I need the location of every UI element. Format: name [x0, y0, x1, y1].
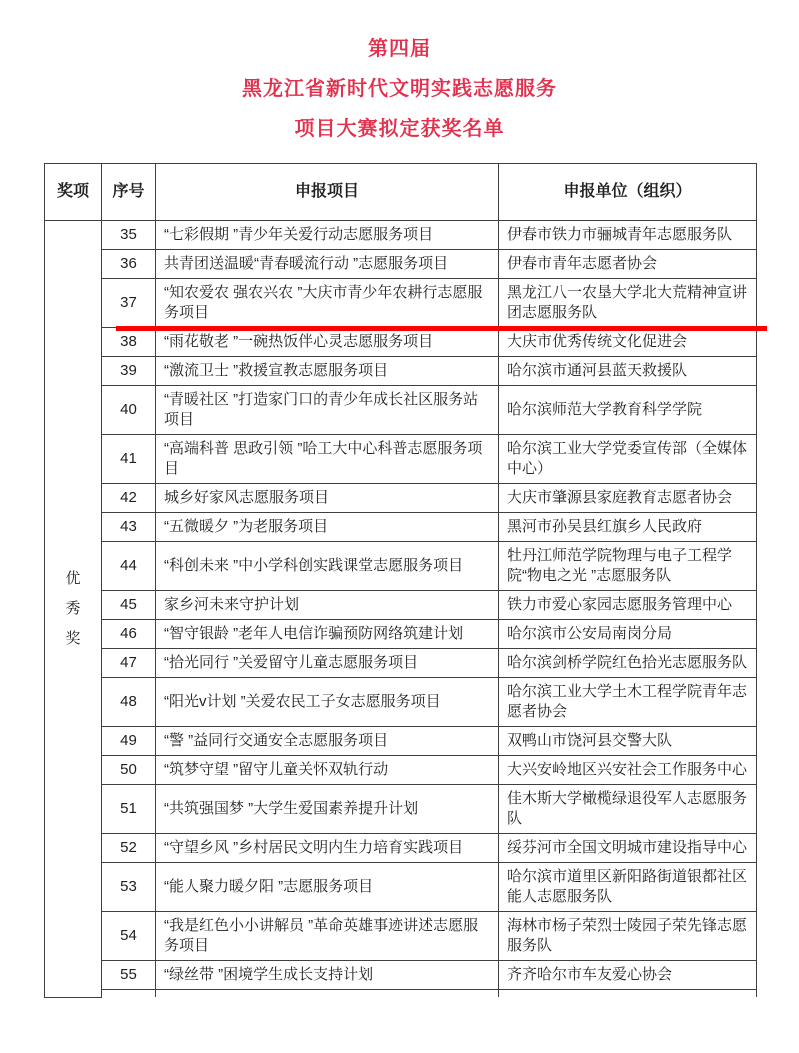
project-cell: “科创未来 ”中小学科创实践课堂志愿服务项目 — [156, 542, 499, 591]
award-group-cell: 优秀奖 — [45, 221, 102, 998]
organization-cell: 哈尔滨市公安局南岗分局 — [499, 620, 757, 649]
organization-cell: 哈尔滨工业大学土木工程学院青年志愿者协会 — [499, 678, 757, 727]
organization-cell: 大兴安岭地区兴安社会工作服务中心 — [499, 756, 757, 785]
document-title: 第四届 黑龙江省新时代文明实践志愿服务 项目大赛拟定获奖名单 — [0, 29, 799, 149]
table-row: 50“筑梦守望 ”留守儿童关怀双轨行动大兴安岭地区兴安社会工作服务中心 — [45, 756, 757, 785]
row-number-cell: 39 — [102, 357, 156, 386]
table-row: 44“科创未来 ”中小学科创实践课堂志愿服务项目牡丹江师范学院物理与电子工程学院… — [45, 542, 757, 591]
row-number-cell: 35 — [102, 221, 156, 250]
row-number-cell: 53 — [102, 863, 156, 912]
truncated-row-stub — [45, 990, 757, 998]
row-number-cell: 42 — [102, 484, 156, 513]
row-number-cell: 47 — [102, 649, 156, 678]
table-row: 优秀奖35“七彩假期 ”青少年关爱行动志愿服务项目伊春市铁力市骊城青年志愿服务队 — [45, 221, 757, 250]
table-row: 36共青团送温暖“青春暖流行动 ”志愿服务项目伊春市青年志愿者协会 — [45, 250, 757, 279]
project-cell: “知农爱农 强农兴农 ”大庆市青少年农耕行志愿服务项目 — [156, 279, 499, 328]
table-row: 40“青暖社区 ”打造家门口的青少年成长社区服务站项目哈尔滨师范大学教育科学学院 — [45, 386, 757, 435]
organization-cell: 黑龙江八一农垦大学北大荒精神宣讲团志愿服务队 — [499, 279, 757, 328]
table-row: 43“五微暖夕 ”为老服务项目黑河市孙吴县红旗乡人民政府 — [45, 513, 757, 542]
project-cell: “雨花敬老 ”一碗热饭伴心灵志愿服务项目 — [156, 328, 499, 357]
truncated-cell — [156, 990, 499, 998]
project-cell: “拾光同行 ”关爱留守儿童志愿服务项目 — [156, 649, 499, 678]
organization-cell: 伊春市青年志愿者协会 — [499, 250, 757, 279]
award-group-label: 优秀奖 — [64, 564, 82, 654]
table-row: 39“激流卫士 ”救援宣教志愿服务项目哈尔滨市通河县蓝天救援队 — [45, 357, 757, 386]
table-row: 52“守望乡风 ”乡村居民文明内生力培育实践项目绥芬河市全国文明城市建设指导中心 — [45, 834, 757, 863]
table-header-row: 奖项 序号 申报项目 申报单位（组织） — [45, 164, 757, 221]
row-number-cell: 50 — [102, 756, 156, 785]
award-results-table: 奖项 序号 申报项目 申报单位（组织） 优秀奖35“七彩假期 ”青少年关爱行动志… — [44, 163, 757, 998]
project-cell: “青暖社区 ”打造家门口的青少年成长社区服务站项目 — [156, 386, 499, 435]
row-number-cell: 54 — [102, 912, 156, 961]
table-row: 53“能人聚力暖夕阳 ”志愿服务项目哈尔滨市道里区新阳路街道银都社区能人志愿服务… — [45, 863, 757, 912]
project-cell: “绿丝带 ”困境学生成长支持计划 — [156, 961, 499, 990]
table-row: 41“高端科普 思政引领 ”哈工大中心科普志愿服务项目哈尔滨工业大学党委宣传部（… — [45, 435, 757, 484]
project-cell: “阳光v计划 ”关爱农民工子女志愿服务项目 — [156, 678, 499, 727]
organization-cell: 黑河市孙吴县红旗乡人民政府 — [499, 513, 757, 542]
row-number-cell: 49 — [102, 727, 156, 756]
organization-cell: 哈尔滨剑桥学院红色拾光志愿服务队 — [499, 649, 757, 678]
table-row: 37“知农爱农 强农兴农 ”大庆市青少年农耕行志愿服务项目黑龙江八一农垦大学北大… — [45, 279, 757, 328]
row-number-cell: 36 — [102, 250, 156, 279]
organization-cell: 哈尔滨市通河县蓝天救援队 — [499, 357, 757, 386]
organization-cell: 双鸭山市饶河县交警大队 — [499, 727, 757, 756]
row-number-cell: 51 — [102, 785, 156, 834]
table-row: 38“雨花敬老 ”一碗热饭伴心灵志愿服务项目大庆市优秀传统文化促进会 — [45, 328, 757, 357]
row-number-cell: 37 — [102, 279, 156, 328]
row-number-cell: 52 — [102, 834, 156, 863]
project-cell: “高端科普 思政引领 ”哈工大中心科普志愿服务项目 — [156, 435, 499, 484]
header-organization: 申报单位（组织） — [499, 164, 757, 221]
table-row: 42城乡好家风志愿服务项目大庆市肇源县家庭教育志愿者协会 — [45, 484, 757, 513]
organization-cell: 绥芬河市全国文明城市建设指导中心 — [499, 834, 757, 863]
organization-cell: 牡丹江师范学院物理与电子工程学院“物电之光 ”志愿服务队 — [499, 542, 757, 591]
project-cell: 共青团送温暖“青春暖流行动 ”志愿服务项目 — [156, 250, 499, 279]
table-row: 55“绿丝带 ”困境学生成长支持计划齐齐哈尔市车友爱心协会 — [45, 961, 757, 990]
organization-cell: 铁力市爱心家园志愿服务管理中心 — [499, 591, 757, 620]
organization-cell: 齐齐哈尔市车友爱心协会 — [499, 961, 757, 990]
project-cell: “我是红色小小讲解员 ”革命英雄事迹讲述志愿服务项目 — [156, 912, 499, 961]
project-cell: 城乡好家风志愿服务项目 — [156, 484, 499, 513]
organization-cell: 哈尔滨师范大学教育科学学院 — [499, 386, 757, 435]
table-row: 48“阳光v计划 ”关爱农民工子女志愿服务项目哈尔滨工业大学土木工程学院青年志愿… — [45, 678, 757, 727]
table-row: 47“拾光同行 ”关爱留守儿童志愿服务项目哈尔滨剑桥学院红色拾光志愿服务队 — [45, 649, 757, 678]
organization-cell: 哈尔滨市道里区新阳路街道银都社区能人志愿服务队 — [499, 863, 757, 912]
organization-cell: 佳木斯大学橄榄绿退役军人志愿服务队 — [499, 785, 757, 834]
project-cell: “守望乡风 ”乡村居民文明内生力培育实践项目 — [156, 834, 499, 863]
truncated-cell — [499, 990, 757, 998]
header-award: 奖项 — [45, 164, 102, 221]
project-cell: “警 ”益同行交通安全志愿服务项目 — [156, 727, 499, 756]
project-cell: “五微暖夕 ”为老服务项目 — [156, 513, 499, 542]
project-cell: “七彩假期 ”青少年关爱行动志愿服务项目 — [156, 221, 499, 250]
table-row: 51“共筑强国梦 ”大学生爱国素养提升计划佳木斯大学橄榄绿退役军人志愿服务队 — [45, 785, 757, 834]
project-cell: “激流卫士 ”救援宣教志愿服务项目 — [156, 357, 499, 386]
row-number-cell: 43 — [102, 513, 156, 542]
project-cell: “共筑强国梦 ”大学生爱国素养提升计划 — [156, 785, 499, 834]
highlight-underline — [116, 326, 768, 331]
row-number-cell: 45 — [102, 591, 156, 620]
row-number-cell: 46 — [102, 620, 156, 649]
row-number-cell: 44 — [102, 542, 156, 591]
organization-cell: 大庆市肇源县家庭教育志愿者协会 — [499, 484, 757, 513]
row-number-cell: 48 — [102, 678, 156, 727]
row-number-cell: 40 — [102, 386, 156, 435]
project-cell: “智守银龄 ”老年人电信诈骗预防网络筑建计划 — [156, 620, 499, 649]
project-cell: “筑梦守望 ”留守儿童关怀双轨行动 — [156, 756, 499, 785]
table-row: 54“我是红色小小讲解员 ”革命英雄事迹讲述志愿服务项目海林市杨子荣烈士陵园子荣… — [45, 912, 757, 961]
title-line-2: 黑龙江省新时代文明实践志愿服务 — [0, 69, 799, 109]
project-cell: “能人聚力暖夕阳 ”志愿服务项目 — [156, 863, 499, 912]
organization-cell: 哈尔滨工业大学党委宣传部（全媒体中心） — [499, 435, 757, 484]
organization-cell: 大庆市优秀传统文化促进会 — [499, 328, 757, 357]
title-line-3: 项目大赛拟定获奖名单 — [0, 109, 799, 149]
row-number-cell: 38 — [102, 328, 156, 357]
row-number-cell: 55 — [102, 961, 156, 990]
organization-cell: 海林市杨子荣烈士陵园子荣先锋志愿服务队 — [499, 912, 757, 961]
table-row: 46“智守银龄 ”老年人电信诈骗预防网络筑建计划哈尔滨市公安局南岗分局 — [45, 620, 757, 649]
title-line-1: 第四届 — [0, 29, 799, 69]
header-index: 序号 — [102, 164, 156, 221]
row-number-cell: 41 — [102, 435, 156, 484]
project-cell: 家乡河未来守护计划 — [156, 591, 499, 620]
header-project: 申报项目 — [156, 164, 499, 221]
table-row: 45家乡河未来守护计划铁力市爱心家园志愿服务管理中心 — [45, 591, 757, 620]
truncated-cell — [102, 990, 156, 998]
organization-cell: 伊春市铁力市骊城青年志愿服务队 — [499, 221, 757, 250]
table-body: 优秀奖35“七彩假期 ”青少年关爱行动志愿服务项目伊春市铁力市骊城青年志愿服务队… — [45, 221, 757, 998]
table-row: 49“警 ”益同行交通安全志愿服务项目双鸭山市饶河县交警大队 — [45, 727, 757, 756]
